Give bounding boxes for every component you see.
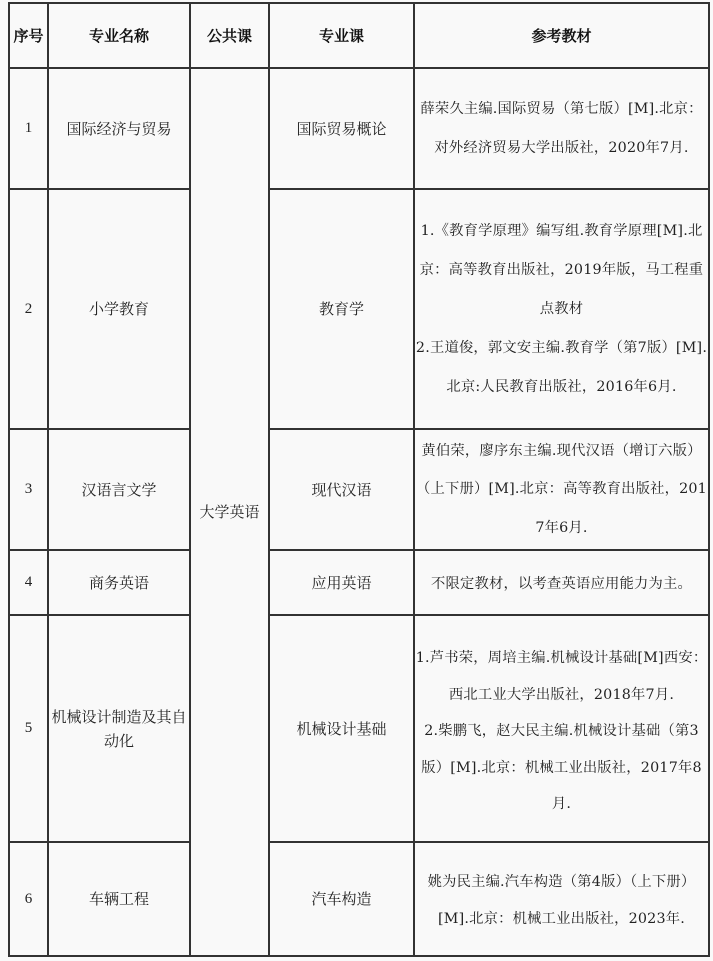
row-course: 应用英语 bbox=[269, 550, 414, 615]
row-seq: 2 bbox=[9, 189, 48, 429]
reference-entry: 不限定教材，以考查英语应用能力为主。 bbox=[415, 568, 708, 602]
table-row: 5 机械设计制造及其自动化 机械设计基础 1.芦书荣，周培主编.机械设计基础[M… bbox=[9, 615, 709, 842]
row-seq: 6 bbox=[9, 842, 48, 956]
reference-entry: 2.柴鹏飞，赵大民主编.机械设计基础（第3版）[M].北京：机械工业出版社，20… bbox=[415, 713, 708, 823]
table-row: 4 商务英语 应用英语 不限定教材，以考查英语应用能力为主。 bbox=[9, 550, 709, 615]
table-row: 6 车辆工程 汽车构造 姚为民主编.汽车构造（第4版）（上下册）[M].北京：机… bbox=[9, 842, 709, 956]
row-course: 汽车构造 bbox=[269, 842, 414, 956]
row-major: 小学教育 bbox=[48, 189, 190, 429]
row-major: 汉语言文学 bbox=[48, 429, 190, 550]
table-row: 1 国际经济与贸易 大学英语 国际贸易概论 薛荣久主编.国际贸易（第七版）[M]… bbox=[9, 68, 709, 189]
row-reference: 1.《教育学原理》编写组.教育学原理[M].北京：高等教育出版社，2019年版，… bbox=[414, 189, 709, 429]
reference-entry: 姚为民主编.汽车构造（第4版）（上下册）[M].北京：机械工业出版社，2023年… bbox=[415, 864, 708, 937]
row-seq: 4 bbox=[9, 550, 48, 615]
row-reference: 黄伯荣，廖序东主编.现代汉语（增订六版）（上下册）[M].北京：高等教育出版社，… bbox=[414, 429, 709, 550]
row-course: 现代汉语 bbox=[269, 429, 414, 550]
row-reference: 1.芦书荣，周培主编.机械设计基础[M]西安：西北工业大学出版社，2018年7月… bbox=[414, 615, 709, 842]
header-public-course: 公共课 bbox=[190, 3, 269, 68]
table-header-row: 序号 专业名称 公共课 专业课 参考教材 bbox=[9, 3, 709, 68]
row-major: 机械设计制造及其自动化 bbox=[48, 615, 190, 842]
reference-entry: 黄伯荣，廖序东主编.现代汉语（增订六版）（上下册）[M].北京：高等教育出版社，… bbox=[415, 432, 708, 548]
header-major: 专业名称 bbox=[48, 3, 190, 68]
row-seq: 3 bbox=[9, 429, 48, 550]
reference-entry: 1.《教育学原理》编写组.教育学原理[M].北京：高等教育出版社，2019年版，… bbox=[415, 212, 708, 329]
row-seq: 1 bbox=[9, 68, 48, 189]
table-row: 2 小学教育 教育学 1.《教育学原理》编写组.教育学原理[M].北京：高等教育… bbox=[9, 189, 709, 429]
row-reference: 不限定教材，以考查英语应用能力为主。 bbox=[414, 550, 709, 615]
public-course-cell: 大学英语 bbox=[190, 68, 269, 956]
row-reference: 薛荣久主编.国际贸易（第七版）[M].北京：对外经济贸易大学出版社，2020年7… bbox=[414, 68, 709, 189]
reference-entry: 1.芦书荣，周培主编.机械设计基础[M]西安：西北工业大学出版社，2018年7月… bbox=[415, 640, 708, 713]
course-reference-table: 序号 专业名称 公共课 专业课 参考教材 1 国际经济与贸易 大学英语 国际贸易… bbox=[8, 2, 710, 957]
header-specialized-course: 专业课 bbox=[269, 3, 414, 68]
row-course: 教育学 bbox=[269, 189, 414, 429]
header-seq: 序号 bbox=[9, 3, 48, 68]
row-seq: 5 bbox=[9, 615, 48, 842]
reference-entry: 2.王道俊，郭文安主编.教育学（第7版）[M].北京:人民教育出版社，2016年… bbox=[415, 329, 708, 407]
row-major: 车辆工程 bbox=[48, 842, 190, 956]
table-row: 3 汉语言文学 现代汉语 黄伯荣，廖序东主编.现代汉语（增订六版）（上下册）[M… bbox=[9, 429, 709, 550]
row-major: 国际经济与贸易 bbox=[48, 68, 190, 189]
header-reference: 参考教材 bbox=[414, 3, 709, 68]
row-major: 商务英语 bbox=[48, 550, 190, 615]
row-course: 机械设计基础 bbox=[269, 615, 414, 842]
reference-entry: 薛荣久主编.国际贸易（第七版）[M].北京：对外经济贸易大学出版社，2020年7… bbox=[415, 90, 708, 167]
row-course: 国际贸易概论 bbox=[269, 68, 414, 189]
row-reference: 姚为民主编.汽车构造（第4版）（上下册）[M].北京：机械工业出版社，2023年… bbox=[414, 842, 709, 956]
